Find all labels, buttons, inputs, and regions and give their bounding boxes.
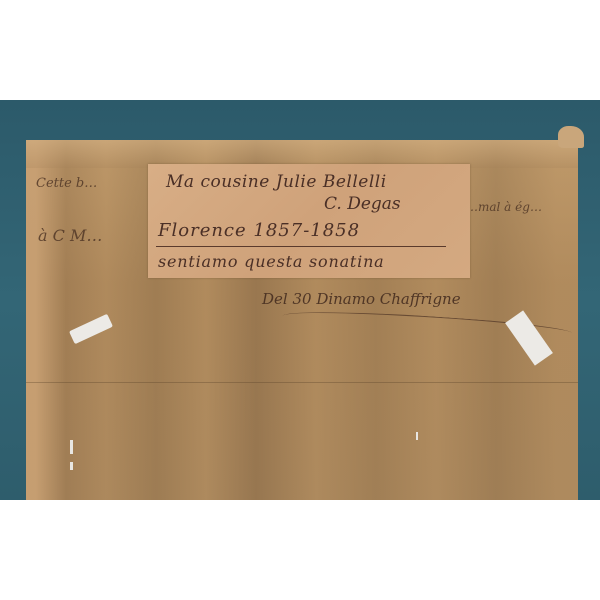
- paper-nick: [70, 440, 73, 454]
- backing-inscription-left-1: Cette b…: [36, 176, 97, 191]
- paper-crease: [26, 382, 578, 383]
- inscribed-label: Ma cousine Julie Bellelli C. Degas Flore…: [148, 164, 470, 278]
- backing-inscription-left-2: à C M…: [38, 226, 102, 245]
- label-line-place-date: Florence 1857-1858: [158, 220, 360, 241]
- label-line-artist: C. Degas: [324, 194, 401, 214]
- backing-inscription-right: …mal à ég…: [466, 200, 542, 214]
- photograph: Cette b… à C M… …mal à ég… Ma cousine Ju…: [0, 100, 600, 500]
- label-line-title: Ma cousine Julie Bellelli: [166, 172, 387, 192]
- paper-nick: [70, 462, 73, 470]
- backing-paper: Cette b… à C M… …mal à ég… Ma cousine Ju…: [26, 140, 578, 500]
- signature-inscription: Del 30 Dinamo Chaffrigne: [262, 290, 461, 308]
- paper-nick: [416, 432, 418, 440]
- tape-patch-left: [69, 314, 113, 344]
- torn-corner: [558, 126, 584, 148]
- label-underline: [156, 246, 446, 247]
- label-line-note: sentiamo questa sonatina: [158, 252, 385, 271]
